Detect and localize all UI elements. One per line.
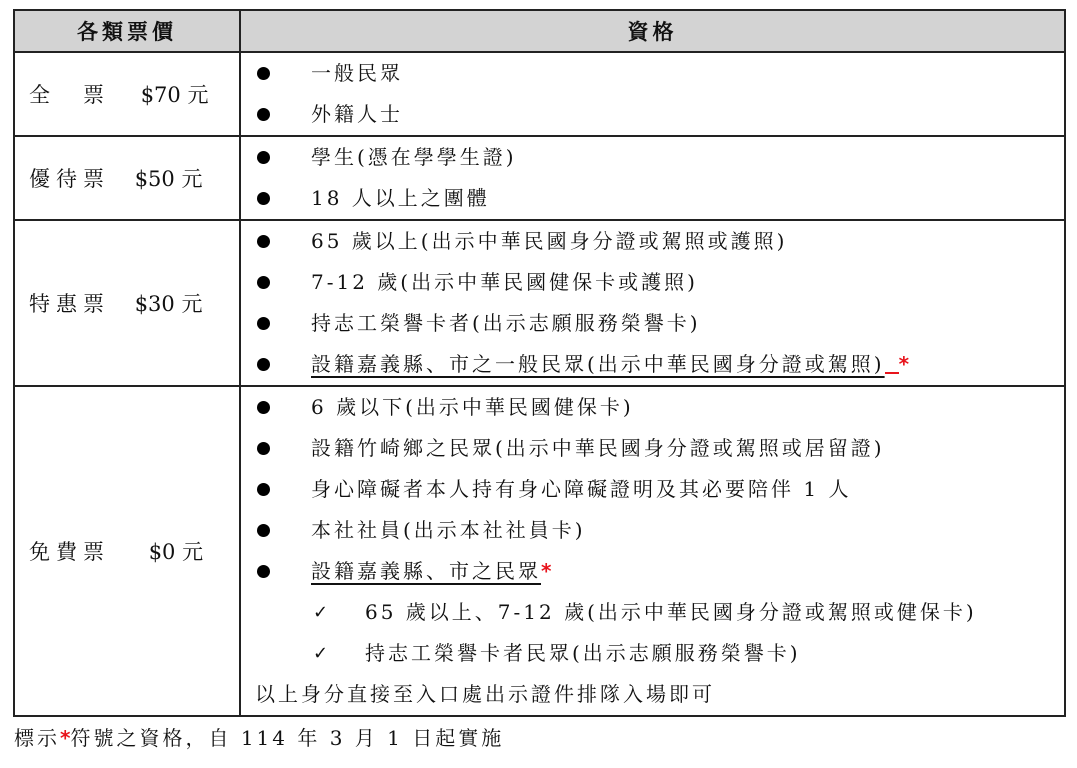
bullet-icon bbox=[257, 235, 270, 248]
table-row-free-ticket: 免費票 $0 元 6 歲以下(出示中華民國健保卡) 設籍竹崎鄉之民眾(出示中華民… bbox=[14, 386, 1065, 716]
qualification-cell: 學生(憑在學學生證) 18 人以上之團體 bbox=[240, 136, 1065, 220]
price-cell: 免費票 $0 元 bbox=[14, 386, 240, 716]
bullet-icon bbox=[257, 483, 270, 496]
ticket-amount: $70 元 bbox=[141, 79, 209, 109]
sub-list-item: ✓持志工榮譽卡者民眾(出示志願服務榮譽卡) bbox=[241, 633, 1064, 674]
list-item: 設籍竹崎鄉之民眾(出示中華民國身分證或駕照或居留證) bbox=[241, 428, 1064, 469]
header-qualification: 資格 bbox=[240, 10, 1065, 52]
list-item: 學生(憑在學學生證) bbox=[241, 137, 1064, 178]
list-item: 6 歲以下(出示中華民國健保卡) bbox=[241, 387, 1064, 428]
bullet-icon bbox=[257, 67, 270, 80]
ticket-price-table: 各類票價 資格 全 票 $70 元 一般民眾 外籍人士 優待票 $50 元 學生… bbox=[13, 9, 1066, 717]
table-row-special-ticket: 特惠票 $30 元 65 歲以上(出示中華民國身分證或駕照或護照) 7-12 歲… bbox=[14, 220, 1065, 386]
footnote-text: 符號之資格，自 114 年 3 月 1 日起實施 bbox=[70, 726, 504, 750]
table-row-discount-ticket: 優待票 $50 元 學生(憑在學學生證) 18 人以上之團體 bbox=[14, 136, 1065, 220]
price-cell: 全 票 $70 元 bbox=[14, 52, 240, 136]
qualification-list: 一般民眾 外籍人士 bbox=[241, 53, 1064, 135]
entry-note: 以上身分直接至入口處出示證件排隊入場即可 bbox=[241, 674, 1064, 715]
table-header-row: 各類票價 資格 bbox=[14, 10, 1065, 52]
bullet-icon bbox=[257, 401, 270, 414]
qualification-list: 65 歲以上(出示中華民國身分證或駕照或護照) 7-12 歲(出示中華民國健保卡… bbox=[241, 221, 1064, 385]
list-item: 本社社員(出示本社社員卡) bbox=[241, 510, 1064, 551]
bullet-icon bbox=[257, 317, 270, 330]
ticket-name: 免費票 bbox=[29, 536, 110, 566]
red-underline bbox=[885, 344, 899, 374]
footnote: 標示*符號之資格，自 114 年 3 月 1 日起實施 bbox=[14, 722, 504, 751]
list-item: 一般民眾 bbox=[241, 53, 1064, 94]
ticket-name: 特惠票 bbox=[29, 288, 110, 318]
checkmark-icon: ✓ bbox=[313, 633, 331, 674]
ticket-amount: $50 元 bbox=[135, 163, 203, 193]
bullet-icon bbox=[257, 108, 270, 121]
bullet-icon bbox=[257, 151, 270, 164]
ticket-amount: $30 元 bbox=[135, 288, 203, 318]
qualification-cell: 65 歲以上(出示中華民國身分證或駕照或護照) 7-12 歲(出示中華民國健保卡… bbox=[240, 220, 1065, 386]
bullet-icon bbox=[257, 358, 270, 371]
list-item-marked: 設籍嘉義縣、市之一般民眾(出示中華民國身分證或駕照)* bbox=[241, 344, 1064, 385]
list-item-marked: 設籍嘉義縣、市之民眾* bbox=[241, 551, 1064, 592]
list-item: 65 歲以上(出示中華民國身分證或駕照或護照) bbox=[241, 221, 1064, 262]
list-item: 外籍人士 bbox=[241, 94, 1064, 135]
qualification-list: 6 歲以下(出示中華民國健保卡) 設籍竹崎鄉之民眾(出示中華民國身分證或駕照或居… bbox=[241, 387, 1064, 674]
list-item: 7-12 歲(出示中華民國健保卡或護照) bbox=[241, 262, 1064, 303]
asterisk-marker-icon: * bbox=[899, 352, 909, 376]
bullet-icon bbox=[257, 192, 270, 205]
sub-list-item: ✓65 歲以上、7-12 歲(出示中華民國身分證或駕照或健保卡) bbox=[241, 592, 1064, 633]
list-item: 身心障礙者本人持有身心障礙證明及其必要陪伴 1 人 bbox=[241, 469, 1064, 510]
qualification-cell: 一般民眾 外籍人士 bbox=[240, 52, 1065, 136]
bullet-icon bbox=[257, 442, 270, 455]
asterisk-marker-icon: * bbox=[60, 726, 70, 750]
footnote-prefix: 標示 bbox=[14, 726, 60, 750]
list-item: 18 人以上之團體 bbox=[241, 178, 1064, 219]
ticket-name: 全 票 bbox=[29, 79, 110, 109]
list-item: 持志工榮譽卡者(出示志願服務榮譽卡) bbox=[241, 303, 1064, 344]
asterisk-marker-icon: * bbox=[541, 559, 551, 583]
price-cell: 特惠票 $30 元 bbox=[14, 220, 240, 386]
table-row-full-ticket: 全 票 $70 元 一般民眾 外籍人士 bbox=[14, 52, 1065, 136]
header-price: 各類票價 bbox=[14, 10, 240, 52]
ticket-name: 優待票 bbox=[29, 163, 110, 193]
qualification-cell: 6 歲以下(出示中華民國健保卡) 設籍竹崎鄉之民眾(出示中華民國身分證或駕照或居… bbox=[240, 386, 1065, 716]
ticket-amount: $0 元 bbox=[149, 536, 203, 566]
checkmark-icon: ✓ bbox=[313, 592, 331, 633]
bullet-icon bbox=[257, 276, 270, 289]
bullet-icon bbox=[257, 524, 270, 537]
bullet-icon bbox=[257, 565, 270, 578]
qualification-list: 學生(憑在學學生證) 18 人以上之團體 bbox=[241, 137, 1064, 219]
price-cell: 優待票 $50 元 bbox=[14, 136, 240, 220]
